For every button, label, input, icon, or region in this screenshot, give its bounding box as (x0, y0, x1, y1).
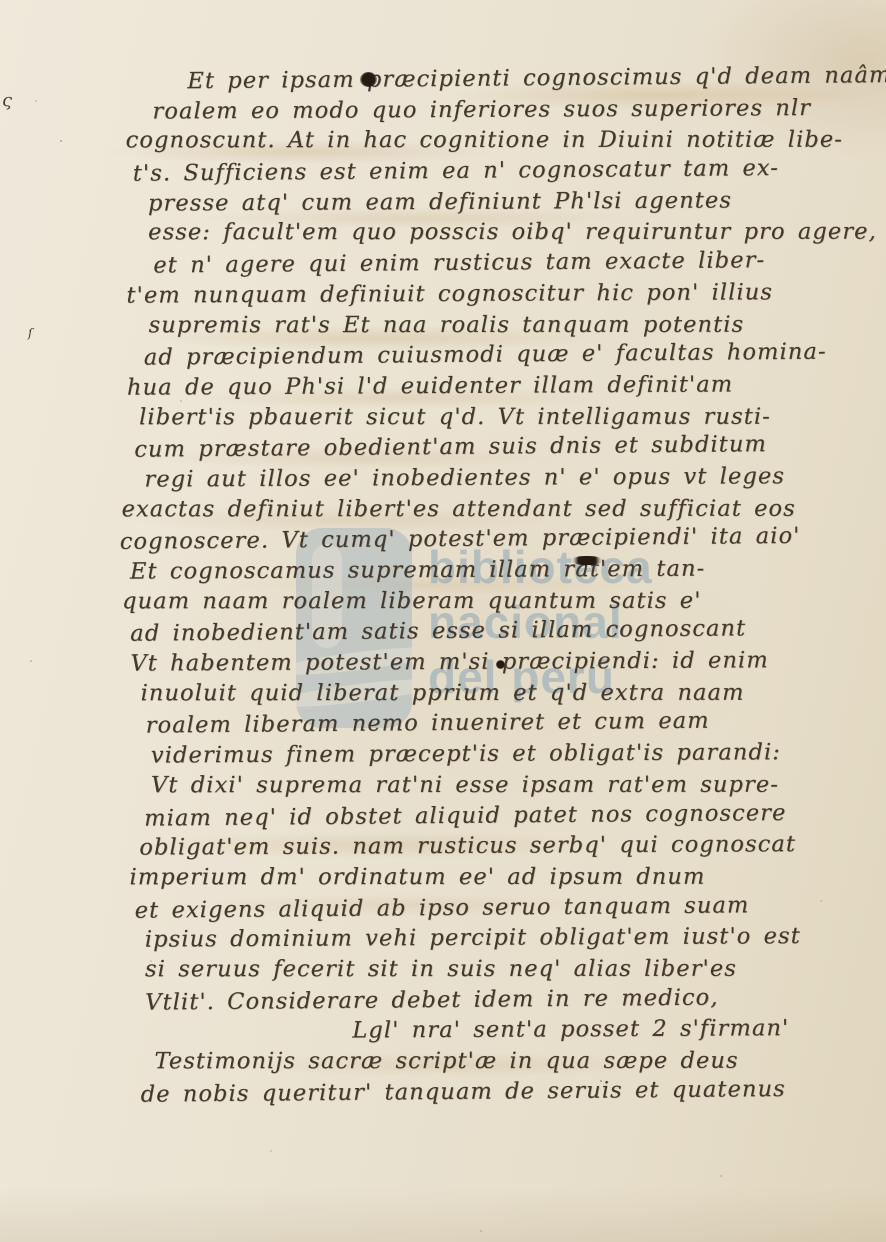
manuscript-line: inuoluit quid liberat pprium et q'd extr… (1, 677, 886, 708)
manuscript-photo: biblioteca nacional del perú Et per ipsa… (0, 0, 886, 1242)
manuscript-line: esse: facult'em quo posscis oibq' requir… (0, 217, 884, 248)
manuscript-line: Et cognoscamus supremam illam rat'em tan… (0, 553, 886, 588)
manuscript-page: biblioteca nacional del perú Et per ipsa… (0, 0, 886, 1242)
pen-mark: ſ (28, 326, 32, 340)
ink-blot (572, 556, 602, 565)
manuscript-line: exactas definiut libert'es attendant sed… (0, 493, 886, 524)
manuscript-line: t'em nunquam definiuit cognoscitur hic p… (0, 276, 885, 311)
pen-mark: ς (2, 90, 12, 111)
manuscript-text: Et per ipsam præcipienti cognoscimus q'd… (0, 62, 886, 1110)
manuscript-line: Vt habentem potest'em m'si præcipiendi: … (0, 645, 886, 680)
manuscript-line: regi aut illos ee' inobedientes n' e' op… (0, 461, 886, 496)
ink-blot (496, 660, 505, 669)
manuscript-line: viderimus finem præcept'is et obligat'is… (1, 737, 886, 772)
manuscript-line: libert'is pbauerit sicut q'd. Vt intelli… (0, 401, 885, 432)
manuscript-line: si seruus fecerit sit in suis neq' alias… (2, 954, 886, 985)
manuscript-line: presse atq' cum eam definiunt Ph'lsi age… (0, 184, 884, 219)
manuscript-line: Vt dixi' suprema rat'ni esse ipsam rat'e… (1, 769, 886, 800)
manuscript-line: quam naam roalem liberam quantum satis e… (0, 585, 886, 616)
manuscript-line: cognoscunt. At in hac cognitione in Diui… (0, 125, 884, 156)
manuscript-line: Testimonijs sacræ script'æ in qua sæpe d… (2, 1046, 886, 1077)
manuscript-line: imperium dm' ordinatum ee' ad ipsum dnum (2, 861, 886, 892)
manuscript-line: hua de quo Ph'si l'd euidenter illam def… (0, 369, 885, 404)
manuscript-line: de nobis queritur' tanquam de seruis et … (3, 1073, 886, 1111)
manuscript-line: roalem eo modo quo inferiores suos super… (0, 92, 884, 127)
ink-blot (360, 72, 377, 87)
manuscript-line: supremis rat's Et naa roalis tanquam pot… (0, 309, 885, 340)
